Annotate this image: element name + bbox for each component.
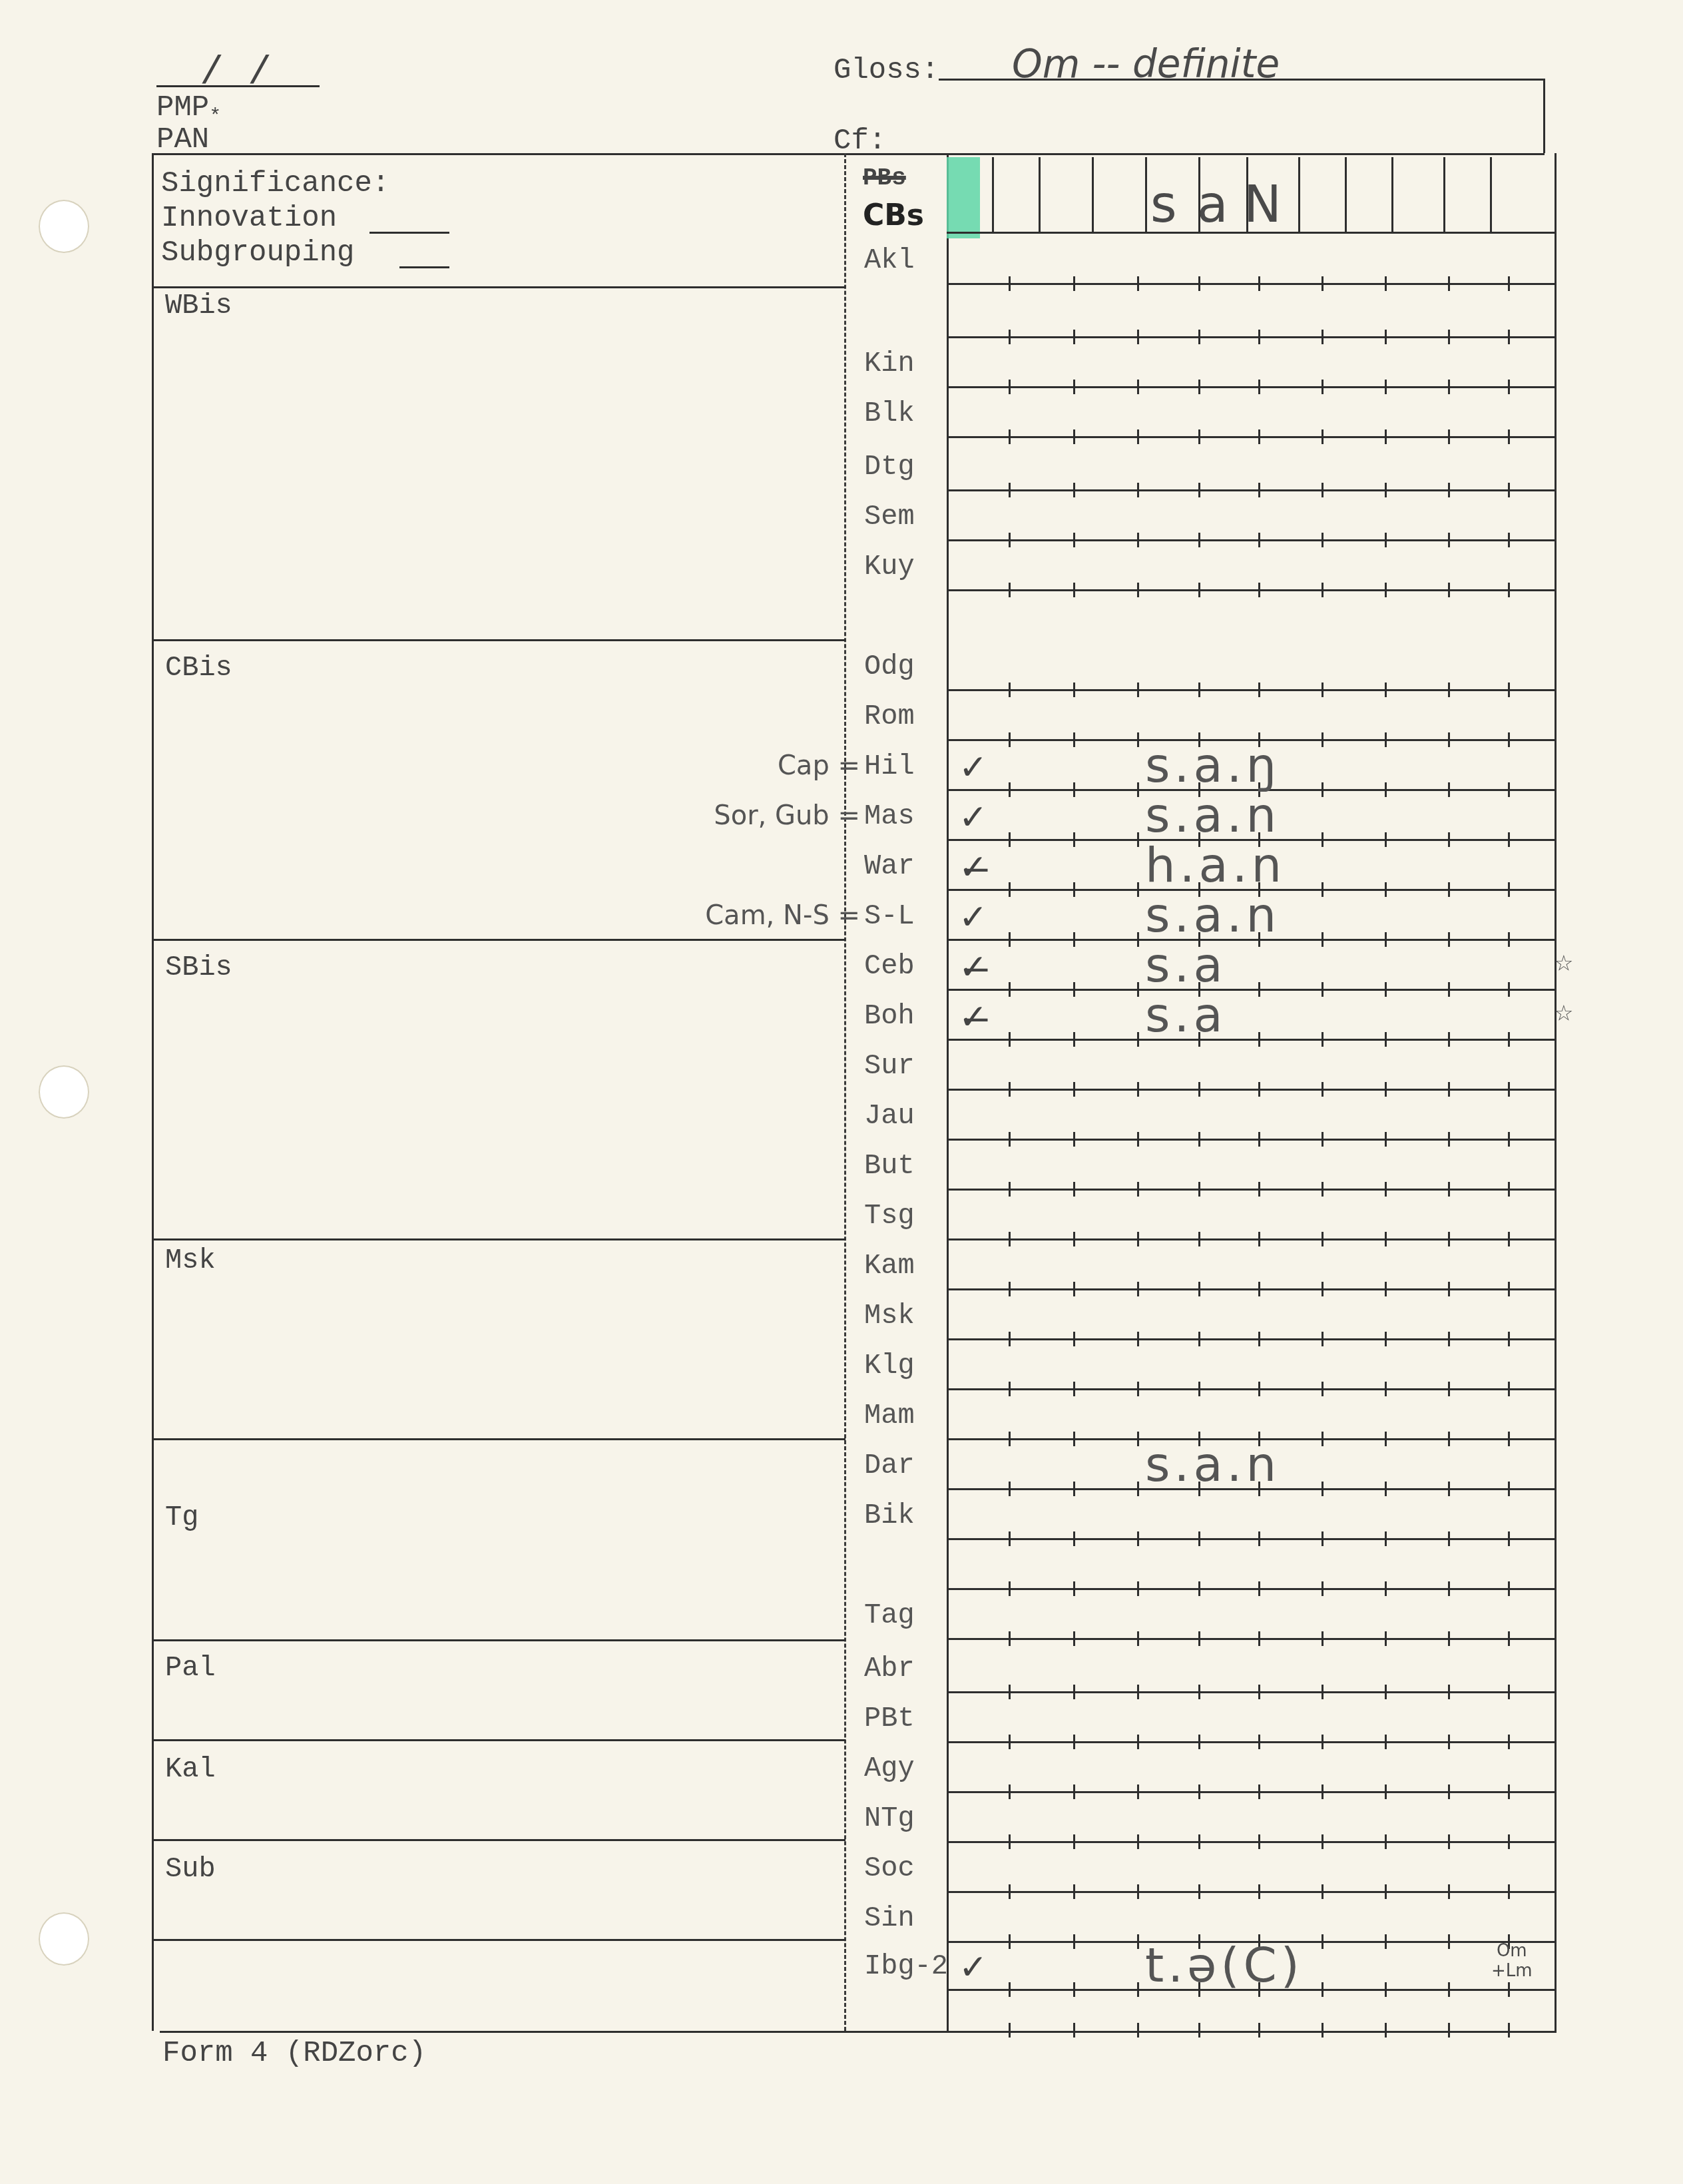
tick-mark xyxy=(1198,533,1200,547)
entry-line[interactable] xyxy=(947,589,1555,591)
tick-mark xyxy=(1448,380,1450,394)
group-label: Msk xyxy=(165,1246,216,1274)
entry-line[interactable] xyxy=(947,1039,1555,1041)
tick-mark xyxy=(1137,1182,1139,1197)
tick-mark xyxy=(1073,1784,1075,1799)
tick-mark xyxy=(1198,1382,1200,1396)
group-label: CBis xyxy=(165,654,232,682)
tick-mark xyxy=(1448,429,1450,444)
entry-line[interactable] xyxy=(947,1691,1555,1693)
language-label: Sur xyxy=(864,1050,915,1082)
check-mark-icon: ✓̶ xyxy=(959,848,988,888)
tick-mark xyxy=(1137,330,1139,344)
tick-mark xyxy=(1322,1784,1323,1799)
date-field: / / xyxy=(200,53,272,93)
tick-mark xyxy=(1009,1834,1011,1849)
tick-mark xyxy=(1448,583,1450,597)
punch-hole-bottom xyxy=(39,1912,89,1966)
tick-mark xyxy=(1137,1232,1139,1246)
reconstruction-cell-divider xyxy=(1443,157,1445,232)
tick-mark xyxy=(1009,932,1011,947)
reconstruction-cell-divider xyxy=(1391,157,1393,232)
tick-mark xyxy=(1009,782,1011,797)
tick-mark xyxy=(1073,782,1075,797)
tick-mark xyxy=(1508,1531,1510,1546)
tick-mark xyxy=(1322,1182,1323,1197)
group-separator xyxy=(152,1939,845,1941)
punch-hole-middle xyxy=(39,1065,89,1119)
cross-reference-note: Cap = xyxy=(778,750,860,781)
entry-line[interactable] xyxy=(947,386,1555,388)
tick-mark xyxy=(1137,832,1139,847)
check-mark-icon: ✓̶ xyxy=(959,997,988,1037)
tick-mark xyxy=(1258,429,1260,444)
tick-mark xyxy=(1322,1934,1323,1949)
proto-label: PMP* xyxy=(156,93,221,127)
tick-mark xyxy=(1258,1581,1260,1596)
entry-line[interactable] xyxy=(947,436,1555,438)
tick-mark xyxy=(1508,330,1510,344)
tick-mark xyxy=(1448,1382,1450,1396)
tick-mark xyxy=(1508,583,1510,597)
tick-mark xyxy=(1448,682,1450,697)
reconstruction-cell-divider xyxy=(1145,157,1147,232)
entry-line[interactable] xyxy=(947,1238,1555,1240)
tick-mark xyxy=(1322,1735,1323,1749)
tick-mark xyxy=(1198,1685,1200,1699)
tick-mark xyxy=(1322,1531,1323,1546)
significance-bottom xyxy=(152,286,845,288)
tick-mark xyxy=(1385,1032,1387,1047)
tick-mark xyxy=(1322,1382,1323,1396)
tick-mark xyxy=(1137,1784,1139,1799)
reflex-form: s.a.n xyxy=(1145,887,1280,943)
tick-mark xyxy=(1258,583,1260,597)
tick-mark xyxy=(1385,483,1387,497)
language-label: NTg xyxy=(864,1802,915,1834)
tick-mark xyxy=(1385,1884,1387,1899)
tick-mark xyxy=(1322,429,1323,444)
tick-mark xyxy=(1448,1934,1450,1949)
tick-mark xyxy=(1508,1132,1510,1147)
language-label: Abr xyxy=(864,1653,915,1685)
tick-mark xyxy=(1448,1132,1450,1147)
tick-mark xyxy=(1385,1132,1387,1147)
language-label: Kuy xyxy=(864,551,915,583)
tick-mark xyxy=(1073,1834,1075,1849)
tick-mark xyxy=(1508,1432,1510,1446)
tick-mark xyxy=(1009,1182,1011,1197)
tick-mark xyxy=(1198,1132,1200,1147)
entry-line[interactable] xyxy=(947,1388,1555,1390)
tick-mark xyxy=(1385,1232,1387,1246)
tick-mark xyxy=(1448,1032,1450,1047)
tick-mark xyxy=(1322,682,1323,697)
tick-mark xyxy=(1508,1631,1510,1646)
tick-mark xyxy=(1073,1132,1075,1147)
group-separator xyxy=(152,1438,845,1440)
highlighter-mark xyxy=(947,157,980,238)
tick-mark xyxy=(1073,1282,1075,1296)
tick-mark xyxy=(1448,782,1450,797)
tick-mark xyxy=(1073,380,1075,394)
check-mark-icon: ✓ xyxy=(959,1948,988,1988)
tick-mark xyxy=(1322,1232,1323,1246)
language-label: Soc xyxy=(864,1852,915,1884)
entry-line[interactable] xyxy=(947,1891,1555,1893)
tick-mark xyxy=(1448,932,1450,947)
tick-mark xyxy=(1508,882,1510,897)
tick-mark xyxy=(1508,2023,1510,2038)
group-separator xyxy=(152,639,845,641)
tick-mark xyxy=(1385,429,1387,444)
tick-mark xyxy=(1508,276,1510,291)
tick-mark xyxy=(1448,1685,1450,1699)
tick-mark xyxy=(1385,932,1387,947)
tick-mark xyxy=(1009,1382,1011,1396)
entry-line[interactable] xyxy=(947,1588,1555,1590)
tick-mark xyxy=(1137,583,1139,597)
tick-mark xyxy=(1198,682,1200,697)
entry-line[interactable] xyxy=(947,283,1555,285)
tick-mark xyxy=(1448,1735,1450,1749)
reflex-form: s.a.ŋ xyxy=(1145,737,1280,793)
tick-mark xyxy=(1385,1834,1387,1849)
tick-mark xyxy=(1448,1581,1450,1596)
tick-mark xyxy=(1385,1432,1387,1446)
tick-mark xyxy=(1009,276,1011,291)
tick-mark xyxy=(1448,1982,1450,1997)
tick-mark xyxy=(1073,982,1075,997)
tick-mark xyxy=(1198,2023,1200,2038)
tick-mark xyxy=(1385,380,1387,394)
tick-mark xyxy=(1137,882,1139,897)
language-label: Sem xyxy=(864,501,915,533)
check-mark-icon: ✓ xyxy=(959,798,988,838)
tick-mark xyxy=(1258,1834,1260,1849)
tick-mark xyxy=(1009,982,1011,997)
subgrouping-label: Subgrouping xyxy=(161,238,354,268)
tick-mark xyxy=(1073,1182,1075,1197)
tick-mark xyxy=(1137,429,1139,444)
tick-mark xyxy=(1385,1934,1387,1949)
tick-mark xyxy=(1508,1735,1510,1749)
tick-mark xyxy=(1448,882,1450,897)
tick-mark xyxy=(1385,1182,1387,1197)
tick-mark xyxy=(1137,1982,1139,1997)
tick-mark xyxy=(1073,1581,1075,1596)
tick-mark xyxy=(1258,1685,1260,1699)
tick-mark xyxy=(1137,1685,1139,1699)
innovation-label: Innovation xyxy=(161,204,337,233)
language-label: Dar xyxy=(864,1450,915,1482)
tick-mark xyxy=(1385,1531,1387,1546)
tick-mark xyxy=(1508,483,1510,497)
tick-mark xyxy=(1448,1784,1450,1799)
tick-mark xyxy=(1073,932,1075,947)
tick-mark xyxy=(1009,1735,1011,1749)
tick-mark xyxy=(1385,882,1387,897)
tick-mark xyxy=(1009,1232,1011,1246)
punch-hole-top xyxy=(39,200,89,253)
tick-mark xyxy=(1009,882,1011,897)
group-label: SBis xyxy=(165,954,232,981)
entry-line[interactable] xyxy=(947,1791,1555,1793)
tick-mark xyxy=(1198,1182,1200,1197)
tick-mark xyxy=(1198,1884,1200,1899)
tick-mark xyxy=(1508,1982,1510,1997)
entry-line[interactable] xyxy=(947,989,1555,991)
tick-mark xyxy=(1009,1531,1011,1546)
group-label: Tg xyxy=(165,1503,198,1531)
tick-mark xyxy=(1258,1132,1260,1147)
gloss-label: Gloss: xyxy=(834,56,939,85)
tick-mark xyxy=(1258,533,1260,547)
cross-reference-note: Cam, N-S = xyxy=(705,900,860,931)
gloss-underline xyxy=(939,79,1545,81)
reconstruction-cell-divider xyxy=(1039,157,1041,232)
reconstruction-letter: a xyxy=(1197,174,1228,234)
tick-mark xyxy=(1137,982,1139,997)
tick-mark xyxy=(1508,380,1510,394)
tick-mark xyxy=(1322,1132,1323,1147)
tick-mark xyxy=(1448,732,1450,747)
language-label: S-L xyxy=(864,900,915,932)
tick-mark xyxy=(1073,1531,1075,1546)
tick-mark xyxy=(1258,2023,1260,2038)
language-label: Akl xyxy=(864,244,915,276)
reflex-form: t.ə(C) xyxy=(1145,1937,1304,1993)
check-mark-icon: ✓ xyxy=(959,748,988,788)
tick-mark xyxy=(1385,1685,1387,1699)
family-label: PAN xyxy=(156,125,209,154)
tick-mark xyxy=(1137,1382,1139,1396)
tick-mark xyxy=(1258,276,1260,291)
tick-mark xyxy=(1322,483,1323,497)
tick-mark xyxy=(1385,1631,1387,1646)
entry-line[interactable] xyxy=(947,1139,1555,1141)
tick-mark xyxy=(1137,732,1139,747)
tick-mark xyxy=(1448,1531,1450,1546)
tick-mark xyxy=(1198,429,1200,444)
tick-mark xyxy=(1385,682,1387,697)
tick-mark xyxy=(1198,483,1200,497)
language-label: Bik xyxy=(864,1500,915,1531)
tick-mark xyxy=(1508,682,1510,697)
innovation-blank[interactable] xyxy=(369,232,449,234)
group-label: Kal xyxy=(165,1755,216,1783)
tick-mark xyxy=(1448,1182,1450,1197)
tick-mark xyxy=(1198,1531,1200,1546)
tick-mark xyxy=(1073,1482,1075,1496)
check-mark-icon: ✓ xyxy=(959,898,988,938)
subgrouping-blank[interactable] xyxy=(399,266,449,268)
tick-mark xyxy=(1258,330,1260,344)
tick-mark xyxy=(1448,533,1450,547)
tick-mark xyxy=(1137,1834,1139,1849)
tick-mark xyxy=(1009,583,1011,597)
tick-mark xyxy=(1137,380,1139,394)
tick-mark xyxy=(1009,1082,1011,1097)
reflex-form: s.a.n xyxy=(1145,787,1280,843)
entry-line[interactable] xyxy=(947,1538,1555,1540)
tick-mark xyxy=(1448,276,1450,291)
entry-line[interactable] xyxy=(947,1638,1555,1640)
margin-note-line: Om xyxy=(1491,1941,1533,1961)
group-separator xyxy=(152,1639,845,1641)
tick-mark xyxy=(1009,380,1011,394)
tick-mark xyxy=(1322,1631,1323,1646)
tick-mark xyxy=(1322,1032,1323,1047)
frame-top xyxy=(152,153,1545,155)
tick-mark xyxy=(1009,1631,1011,1646)
tick-mark xyxy=(1448,1432,1450,1446)
reflex-form: h.a.n xyxy=(1145,837,1286,893)
tick-mark xyxy=(1385,982,1387,997)
tick-mark xyxy=(1508,1182,1510,1197)
entry-line[interactable] xyxy=(947,1089,1555,1091)
tick-mark xyxy=(1322,583,1323,597)
reconstruction-cell-divider xyxy=(1490,157,1492,232)
tick-mark xyxy=(1258,982,1260,997)
entry-line[interactable] xyxy=(947,1741,1555,1743)
tick-mark xyxy=(1073,1685,1075,1699)
tick-mark xyxy=(1073,2023,1075,2038)
tick-mark xyxy=(1073,483,1075,497)
language-label: Mam xyxy=(864,1400,915,1432)
language-label: Hil xyxy=(864,750,915,782)
tick-mark xyxy=(1073,1432,1075,1446)
tick-mark xyxy=(1009,1685,1011,1699)
tick-mark xyxy=(1137,2023,1139,2038)
margin-note: Om+Lm xyxy=(1491,1941,1533,1981)
reconstruction-cell-divider xyxy=(1298,157,1300,232)
form-label: Form 4 (RDZorc) xyxy=(162,2039,426,2068)
entry-line[interactable] xyxy=(947,1189,1555,1191)
tick-mark xyxy=(1448,1232,1450,1246)
tick-mark xyxy=(1073,533,1075,547)
tick-mark xyxy=(1137,1884,1139,1899)
tick-mark xyxy=(1508,832,1510,847)
group-label: WBis xyxy=(165,292,232,320)
tick-mark xyxy=(1448,1082,1450,1097)
entry-line[interactable] xyxy=(947,489,1555,491)
entry-line[interactable] xyxy=(947,689,1555,691)
tick-mark xyxy=(1198,1581,1200,1596)
tick-mark xyxy=(1137,932,1139,947)
group-separator xyxy=(152,1739,845,1741)
tick-mark xyxy=(1198,276,1200,291)
entry-line[interactable] xyxy=(947,539,1555,541)
language-label: Kin xyxy=(864,348,915,380)
tick-mark xyxy=(1198,1631,1200,1646)
tick-mark xyxy=(1137,782,1139,797)
tick-mark xyxy=(1448,1482,1450,1496)
reconstruction-cell-divider xyxy=(1345,157,1347,232)
cf-label: Cf: xyxy=(834,127,886,156)
tick-mark xyxy=(1322,380,1323,394)
tick-mark xyxy=(1448,1834,1450,1849)
entry-line[interactable] xyxy=(947,336,1555,338)
tick-mark xyxy=(1448,1884,1450,1899)
tick-mark xyxy=(1385,1982,1387,1997)
tick-mark xyxy=(1009,1934,1011,1949)
tick-mark xyxy=(1448,1631,1450,1646)
reflex-form: s.a xyxy=(1145,937,1227,993)
tick-mark xyxy=(1322,882,1323,897)
tick-mark xyxy=(1009,832,1011,847)
entry-line[interactable] xyxy=(947,1288,1555,1290)
reconstruction-cell-divider xyxy=(992,157,994,232)
tick-mark xyxy=(1508,1581,1510,1596)
tick-mark xyxy=(1448,483,1450,497)
tick-mark xyxy=(1137,483,1139,497)
language-label: Mas xyxy=(864,800,915,832)
check-mark-icon: ✓̶ xyxy=(959,948,988,987)
tick-mark xyxy=(1508,429,1510,444)
tick-mark xyxy=(1258,1531,1260,1546)
tick-mark xyxy=(1385,732,1387,747)
tick-mark xyxy=(1198,1232,1200,1246)
tick-mark xyxy=(1137,1482,1139,1496)
tick-mark xyxy=(1009,1884,1011,1899)
tick-mark xyxy=(1009,1332,1011,1346)
tick-mark xyxy=(1508,1884,1510,1899)
tick-mark xyxy=(1073,1735,1075,1749)
tick-mark xyxy=(1322,1884,1323,1899)
frame-bottom xyxy=(160,2031,1557,2033)
tick-mark xyxy=(1198,1735,1200,1749)
entry-line[interactable] xyxy=(947,1841,1555,1843)
tick-mark xyxy=(1258,1884,1260,1899)
star-icon: ☆ xyxy=(1555,992,1573,1030)
tick-mark xyxy=(1137,1934,1139,1949)
tick-mark xyxy=(1137,1581,1139,1596)
tick-mark xyxy=(1448,2023,1450,2038)
date-underline xyxy=(156,85,320,87)
tick-mark xyxy=(1508,982,1510,997)
tick-mark xyxy=(1137,276,1139,291)
tick-mark xyxy=(1322,782,1323,797)
tick-mark xyxy=(1073,583,1075,597)
tick-mark xyxy=(1385,782,1387,797)
tick-mark xyxy=(1009,1784,1011,1799)
entry-line[interactable] xyxy=(947,1338,1555,1340)
tick-mark xyxy=(1322,1581,1323,1596)
tick-mark xyxy=(1137,1032,1139,1047)
data-column-left-divider xyxy=(947,153,949,2031)
significance-title: Significance: xyxy=(161,169,389,198)
group-separator xyxy=(152,1839,845,1841)
tick-mark xyxy=(1198,1082,1200,1097)
tick-mark xyxy=(1322,276,1323,291)
language-label: Dtg xyxy=(864,451,915,483)
tick-mark xyxy=(1073,682,1075,697)
tick-mark xyxy=(1198,1332,1200,1346)
tick-mark xyxy=(1258,1332,1260,1346)
language-label: Ceb xyxy=(864,950,915,982)
tick-mark xyxy=(1073,832,1075,847)
tick-mark xyxy=(1385,1735,1387,1749)
group-separator xyxy=(152,939,845,941)
tick-mark xyxy=(1322,1685,1323,1699)
tick-mark xyxy=(1385,1332,1387,1346)
tick-mark xyxy=(1448,1332,1450,1346)
language-label: Jau xyxy=(864,1100,915,1132)
group-label: Sub xyxy=(165,1855,216,1883)
tick-mark xyxy=(1198,583,1200,597)
tick-mark xyxy=(1508,732,1510,747)
